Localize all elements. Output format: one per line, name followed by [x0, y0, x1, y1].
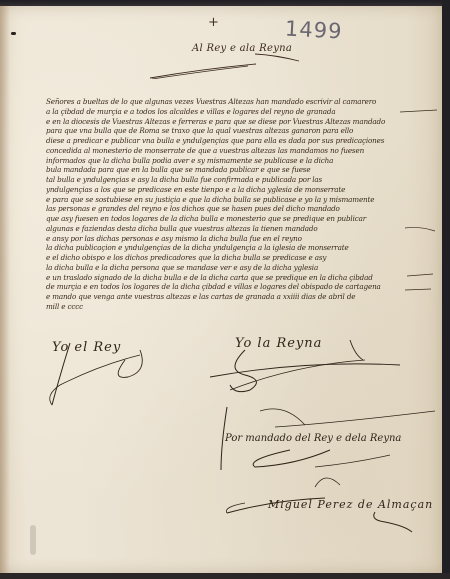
- paper-stain: [30, 525, 36, 555]
- body-line: e en la diocesis de Vuestras Altezas e f…: [46, 117, 438, 127]
- body-line: diese a predicar e publicar vna bulla e …: [46, 136, 438, 146]
- letter-body: Señores a bueltas de lo que algunas veze…: [46, 97, 438, 312]
- body-line: mill e cccc: [46, 302, 106, 312]
- signature-queen-flourish: [205, 335, 405, 395]
- archive-pencil-number: 1499: [284, 17, 343, 44]
- body-line: algunas e faziendas desta dicha bulla qu…: [46, 224, 438, 234]
- page-edge-shadow: [0, 6, 10, 573]
- scan-background-bottom: [0, 573, 450, 579]
- body-line: a la çibdad de murçia e a todos los alca…: [46, 107, 438, 117]
- body-line: concedida al monesterio de monserrate de…: [46, 146, 438, 156]
- body-line: informados que la dicha bulla podia aver…: [46, 156, 438, 166]
- body-line: e mando que venga ante vuestras altezas …: [46, 292, 438, 302]
- body-line: de murçia e en todos los logares de la d…: [46, 282, 438, 292]
- body-line: bula mandada para que en la bulla que se…: [46, 165, 438, 175]
- body-line: yndulgençias a los que se predicase en e…: [46, 185, 438, 195]
- body-line: la dicha bulla e la dicha persona que se…: [46, 263, 438, 273]
- body-line: Señores a bueltas de lo que algunas veze…: [46, 97, 438, 107]
- body-line: e ansy por las dichas personas e asy mis…: [46, 234, 438, 244]
- address-flourish-tail: [255, 52, 300, 62]
- invocation-cross: +: [208, 16, 219, 29]
- body-line: e el dicho obispo e los dichos predicado…: [46, 253, 438, 263]
- body-line: tal bulla e yndulgençias e asy la dicha …: [46, 175, 438, 185]
- secretary-signature-tail: [330, 510, 420, 535]
- address-flourish: [148, 63, 258, 79]
- line-filler-strokes: [395, 100, 443, 330]
- body-line: e para que se sostubiese en su justiçia …: [46, 195, 438, 205]
- attestation-text: Por mandado del Rey e dela Reyna: [225, 433, 401, 444]
- ink-mark: [11, 32, 16, 35]
- body-line: e un traslado signado de la dicha bulla …: [46, 273, 438, 283]
- body-line: que asy fuesen en todos logares de la di…: [46, 214, 438, 224]
- signature-king-flourish: [40, 335, 180, 410]
- body-line: para que vna bulla que de Roma se traxo …: [46, 126, 438, 136]
- body-line: la dicha publicaçion e yndulgençias de l…: [46, 243, 438, 253]
- body-line: las personas e grandes del reyno e los d…: [46, 204, 438, 214]
